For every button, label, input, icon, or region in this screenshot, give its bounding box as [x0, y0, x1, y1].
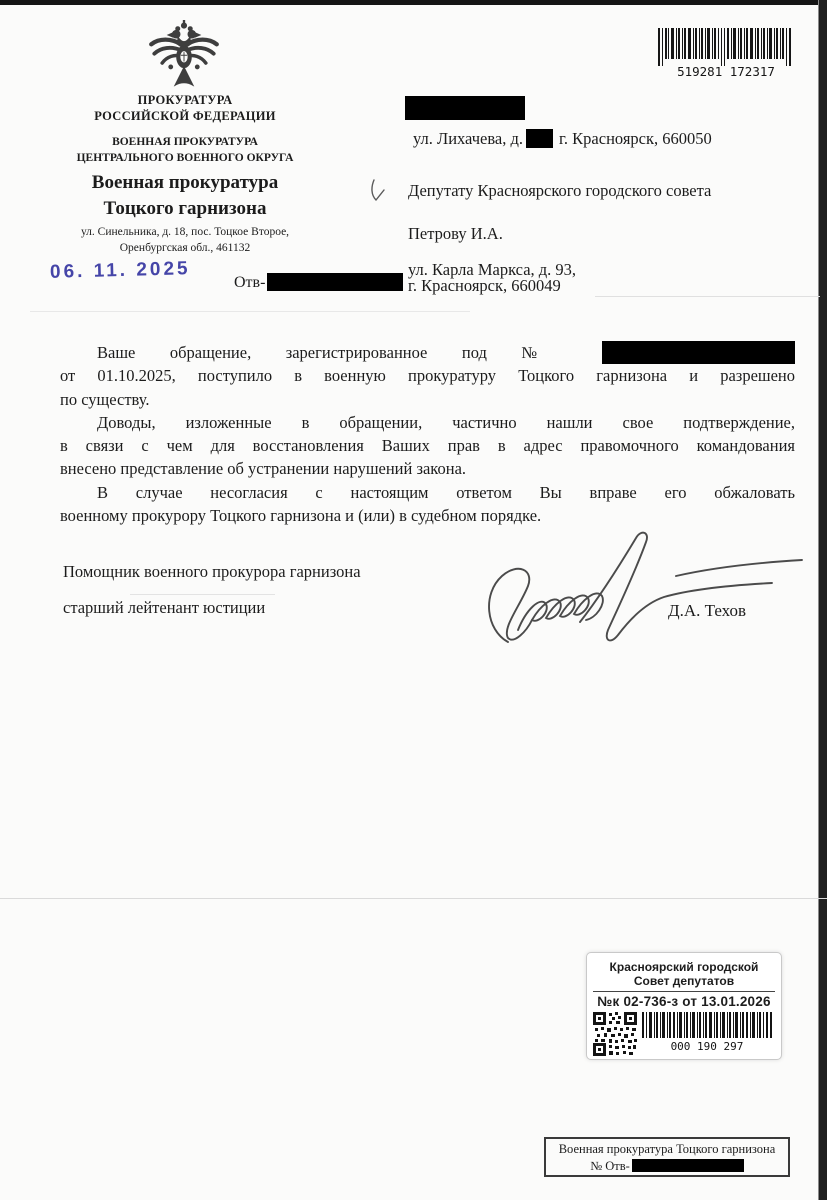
sender-address-line2: Оренбургская обл., 461132: [30, 240, 340, 256]
body-line: по существу.: [60, 388, 795, 411]
sticker-barcode: 000 190 297: [640, 1012, 774, 1056]
body-text: Ваше обращение, зарегистрированное под №: [97, 343, 568, 362]
postal-barcode: 519281 172317: [658, 28, 794, 83]
body-line: внесено представление об устранении нару…: [60, 457, 795, 480]
scan-fold-line: [0, 898, 827, 899]
sticker-reg-number: №к 02-736-з от 13.01.2026: [593, 991, 775, 1009]
return-address-line: ул. Лихачева, д.г. Красноярск, 660050: [413, 129, 712, 149]
signer-position-line1: Помощник военного прокурора гарнизона: [63, 562, 361, 582]
redaction-block: [405, 96, 525, 120]
sticker-org: Красноярский городской Совет депутатов: [587, 953, 781, 988]
stamp-box-ref-prefix: № Отв-: [590, 1159, 630, 1173]
stamp-box-ref-line: № Отв-: [546, 1159, 788, 1174]
org-name-line1: ПРОКУРАТУРА: [30, 92, 340, 108]
org-name-line2: РОССИЙСКОЙ ФЕДЕРАЦИИ: [30, 108, 340, 124]
sticker-org-line1: Красноярский городской: [587, 960, 781, 974]
body-line: от 01.10.2025, поступило в военную проку…: [60, 364, 795, 387]
sticker-codes: 000 190 297: [587, 1009, 781, 1056]
sender-address-line1: ул. Синельника, д. 18, пос. Тоцкое Второ…: [30, 224, 340, 240]
scan-edge-top: [0, 0, 827, 5]
body-line: Ваше обращение, зарегистрированное под №: [60, 341, 795, 364]
stamp-box-line1: Военная прокуратура Тоцкого гарнизона: [546, 1142, 788, 1157]
division-line1: ВОЕННАЯ ПРОКУРАТУРА: [30, 134, 340, 150]
redaction-bar-small: [526, 129, 553, 148]
outgoing-ref-prefix: Отв-: [234, 274, 265, 291]
scan-edge-right: [818, 0, 827, 1200]
addressee-address-line2: г. Красноярск, 660049: [408, 276, 561, 296]
unit-name: Военная прокуратура Тоцкого гарнизона: [30, 170, 340, 222]
return-address-part2: г. Красноярск, 660050: [559, 129, 712, 148]
addressee-line2: Петрову И.А.: [408, 224, 503, 244]
scan-artifact-line: [595, 296, 820, 297]
org-name: ПРОКУРАТУРА РОССИЙСКОЙ ФЕДЕРАЦИИ: [30, 92, 340, 124]
redaction-bar-number: [602, 341, 795, 364]
return-address-part1: ул. Лихачева, д.: [413, 129, 523, 148]
body-line: в связи с чем для восстановления Ваших п…: [60, 434, 795, 457]
qr-code-icon: [593, 1012, 637, 1056]
prosecutor-stamp-box: Военная прокуратура Тоцкого гарнизона № …: [544, 1137, 790, 1177]
sticker-org-line2: Совет депутатов: [587, 974, 781, 988]
coat-of-arms-eagle-icon: [145, 20, 223, 97]
body-line: В случае несогласия с настоящим ответом …: [60, 481, 795, 504]
letter-body: Ваше обращение, зарегистрированное под №…: [60, 341, 795, 527]
registration-sticker: Красноярский городской Совет депутатов №…: [586, 952, 782, 1060]
sticker-barcode-digits: 000 190 297: [671, 1040, 744, 1053]
addressee-line1: Депутату Красноярского городского совета: [408, 181, 711, 201]
unit-line2: Тоцкого гарнизона: [30, 196, 340, 222]
scanned-letter-page: ПРОКУРАТУРА РОССИЙСКОЙ ФЕДЕРАЦИИ ВОЕННАЯ…: [0, 0, 827, 1200]
signer-position-line2: старший лейтенант юстиции: [63, 598, 265, 618]
handwritten-tick-icon: [368, 178, 388, 209]
outgoing-ref-line: Отв-: [234, 273, 403, 292]
body-line: военному прокурору Тоцкого гарнизона и (…: [60, 504, 795, 527]
sender-address: ул. Синельника, д. 18, пос. Тоцкое Второ…: [30, 224, 340, 256]
redaction-bar: [267, 273, 403, 291]
unit-line1: Военная прокуратура: [30, 170, 340, 196]
handwritten-signature-icon: [478, 530, 813, 653]
date-stamp: 06. 11. 2025: [50, 258, 191, 284]
scan-artifact-line: [30, 311, 470, 312]
division-line2: ЦЕНТРАЛЬНОГО ВОЕННОГО ОКРУГА: [30, 150, 340, 166]
scan-artifact-line: [130, 594, 275, 595]
division-name: ВОЕННАЯ ПРОКУРАТУРА ЦЕНТРАЛЬНОГО ВОЕННОГ…: [30, 134, 340, 166]
redaction-bar-stamp: [632, 1159, 744, 1172]
body-line: Доводы, изложенные в обращении, частично…: [60, 411, 795, 434]
postal-barcode-digits: 519281 172317: [677, 64, 775, 78]
